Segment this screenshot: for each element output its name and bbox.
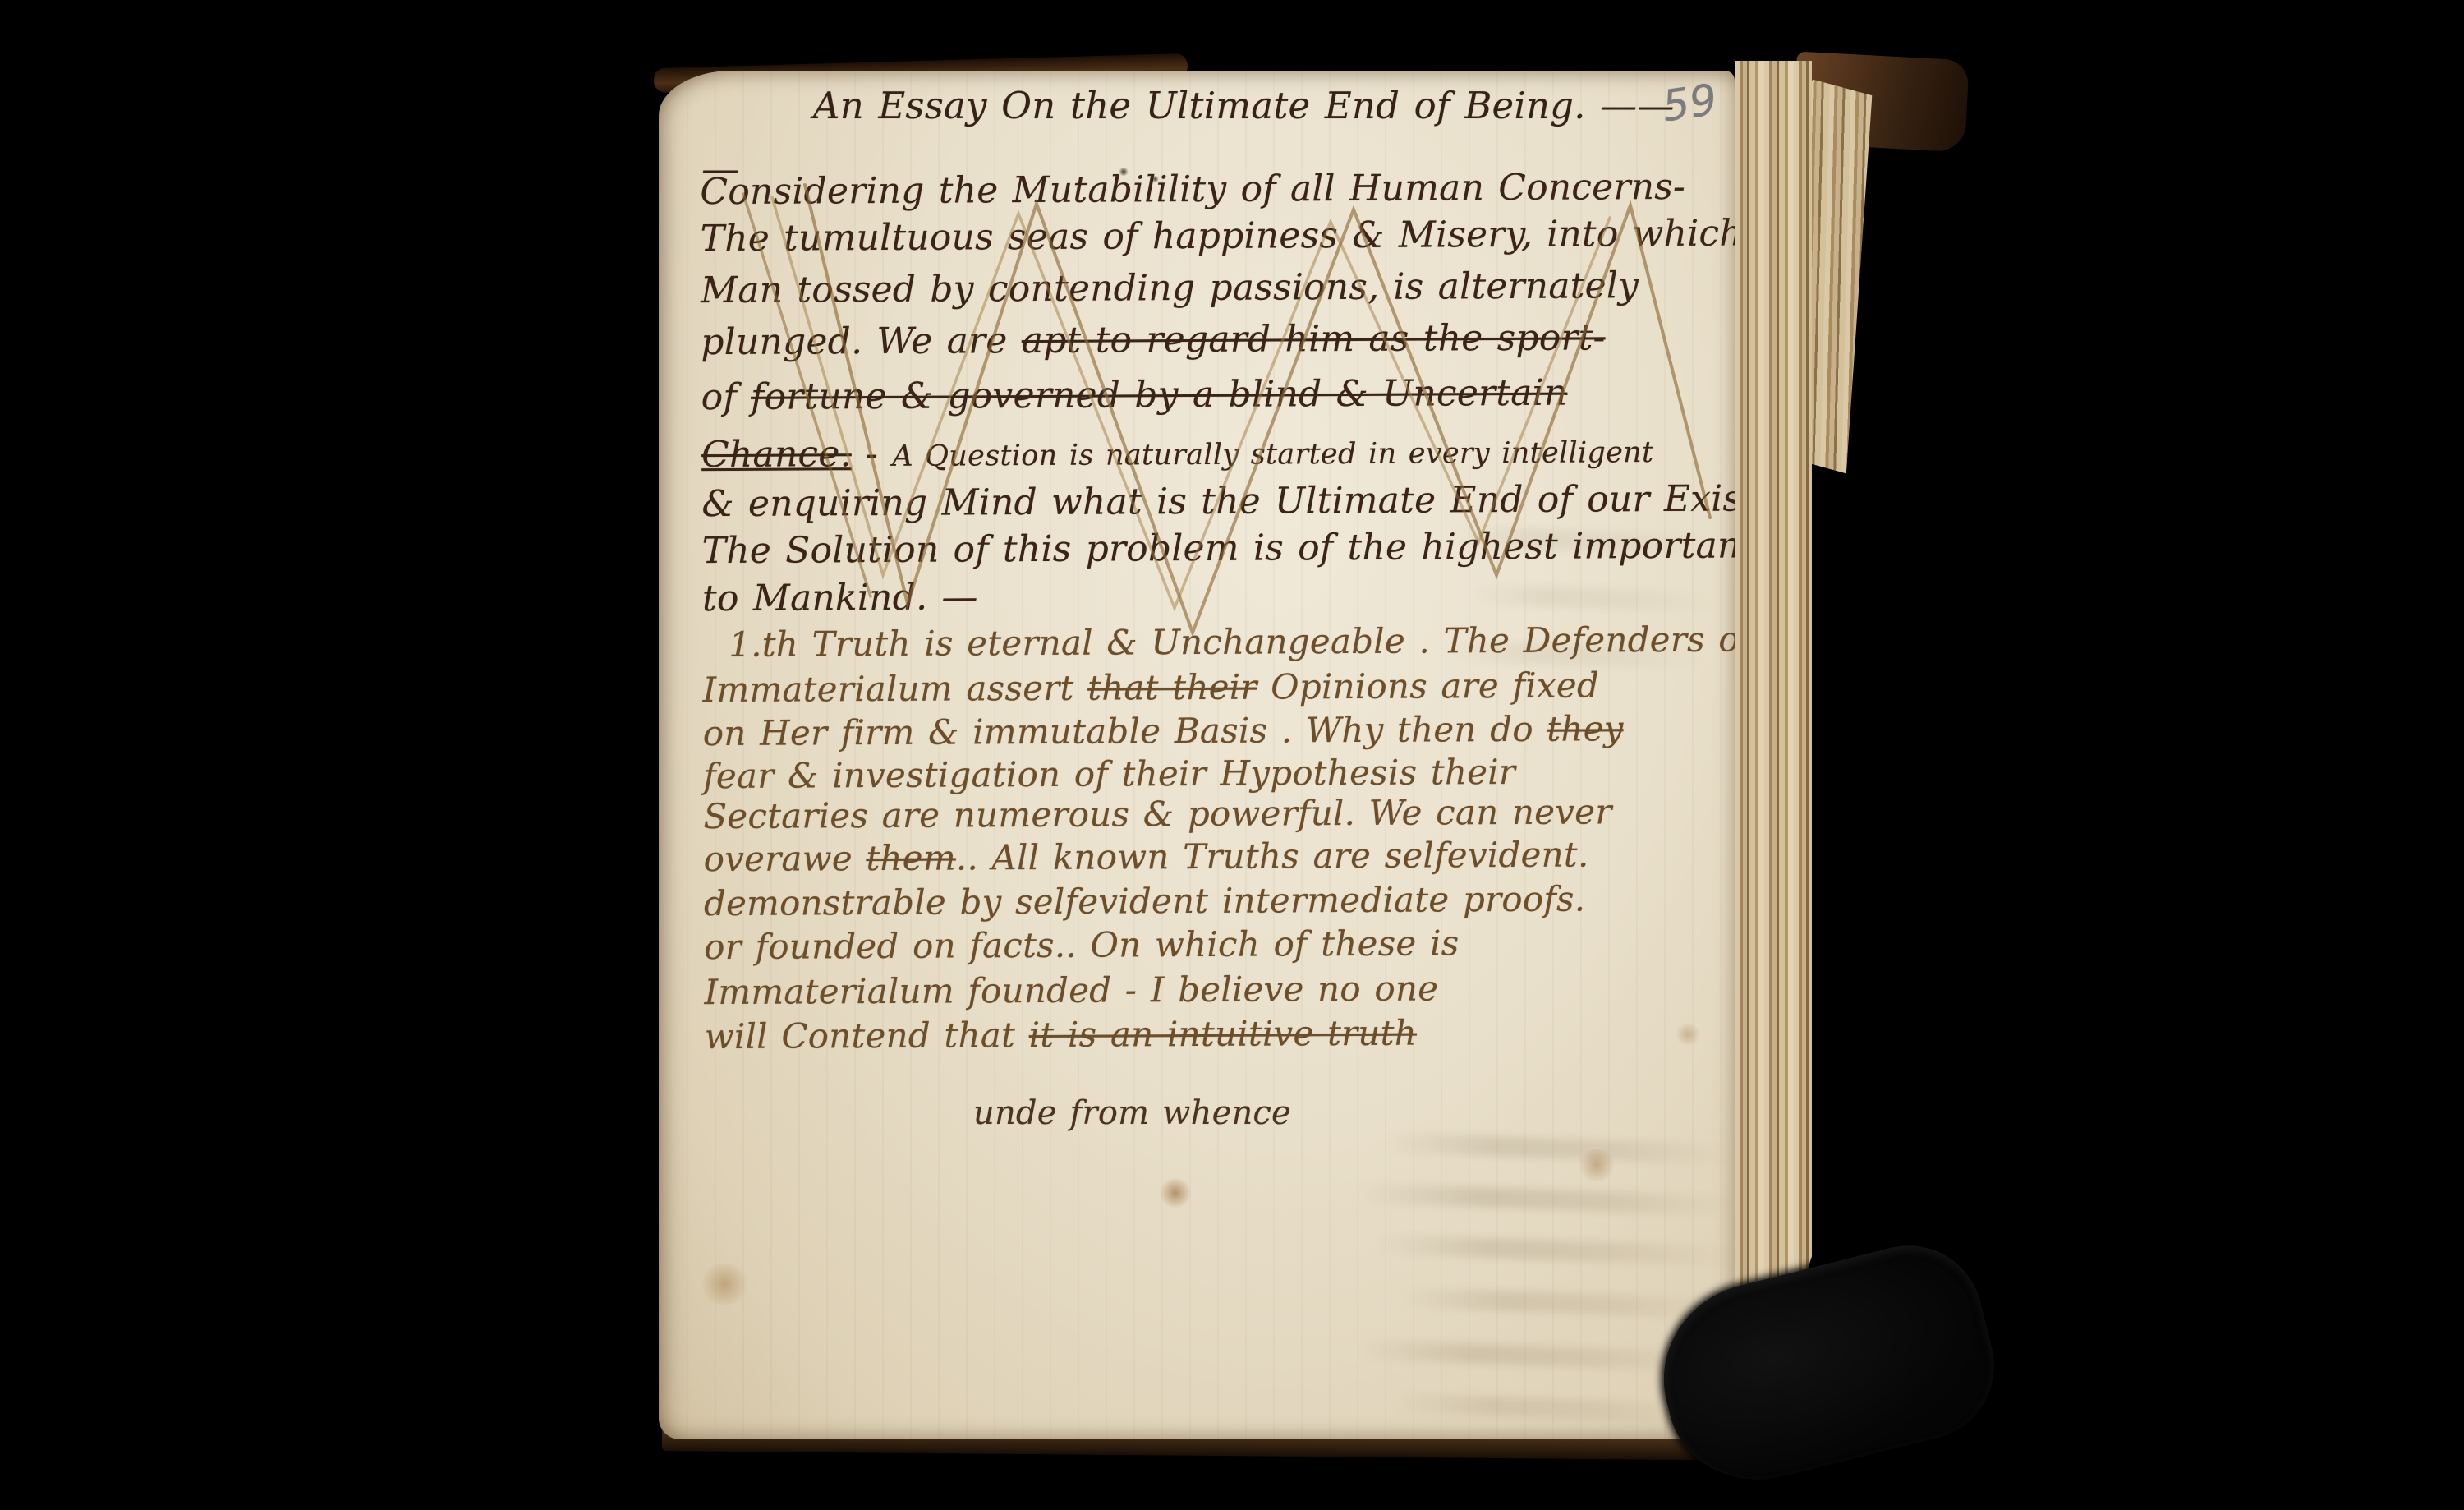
book-fore-edge (1735, 61, 1812, 1451)
text-layer: Considering the Mutabilility of all Huma… (659, 71, 1735, 1439)
manuscript-text-segment: fear & investigation of their Hypothesis… (703, 752, 1515, 796)
manuscript-line: The tumultuous seas of happiness & Miser… (701, 213, 1735, 260)
manuscript-line: Immaterialum assert that their Opinions … (702, 665, 1599, 710)
manuscript-line: 1.th Truth is eternal & Unchangeable . T… (729, 619, 1735, 665)
manuscript-line: to Mankind. — (702, 576, 978, 619)
manuscript-text-segment: Considering the Mutabilility of all Huma… (700, 166, 1685, 213)
manuscript-line: The Solution of this problem is of the h… (702, 524, 1735, 572)
manuscript-text-segment: overawe (704, 838, 867, 879)
manuscript-text-segment: they (1547, 708, 1624, 748)
manuscript-line: Sectaries are numerous & powerful. We ca… (703, 791, 1611, 836)
manuscript-text-segment: .. All known Truths are selfevident. (956, 835, 1589, 878)
manuscript-line: & enquiring Mind what is the Ultimate En… (701, 477, 1735, 525)
manuscript-line: demonstrable by selfevident intermediate… (704, 879, 1586, 924)
manuscript-text-segment: The tumultuous seas of happiness & Miser… (701, 213, 1735, 260)
manuscript-text-segment: & enquiring Mind what is the Ultimate En… (701, 477, 1735, 525)
manuscript-text-segment: Immaterialum founded - I believe no one (704, 968, 1438, 1012)
manuscript-line: Chance. - A Question is naturally starte… (701, 429, 1653, 476)
manuscript-line: or founded on facts.. On which of these … (704, 923, 1459, 967)
manuscript-text-segment: plunged. We are (701, 320, 1022, 363)
catchword: unde from whence (973, 1094, 1291, 1132)
manuscript-text-segment: Immaterialum assert (702, 668, 1087, 710)
manuscript-text-segment: Opinions are fixed (1257, 665, 1599, 707)
manuscript-line: fear & investigation of their Hypothesis… (703, 752, 1515, 796)
photo-backdrop: 59 An Essay On the Ultimate End of Being… (0, 0, 2464, 1510)
manuscript-text-segment: Chance. (701, 433, 852, 476)
manuscript-line: Immaterialum founded - I believe no one (704, 968, 1438, 1012)
manuscript-text-segment: them (866, 838, 956, 879)
manuscript-text-segment: or founded on facts.. On which of these … (704, 923, 1459, 967)
manuscript-text-segment: it is an intuitive truth (1029, 1013, 1418, 1055)
manuscript-text-segment: apt to regard him as the sport- (1022, 316, 1606, 361)
manuscript-line: will Contend that it is an intuitive tru… (705, 1013, 1417, 1057)
manuscript-text-segment: demonstrable by selfevident intermediate… (704, 879, 1586, 924)
manuscript-text-segment: will Contend that (705, 1015, 1029, 1057)
manuscript-text-segment: - (852, 433, 893, 475)
manuscript-line: overawe them.. All known Truths are self… (704, 835, 1589, 880)
manuscript-text-segment: that their (1087, 667, 1257, 708)
manuscript-text-segment: A Question is naturally started in every… (892, 435, 1653, 473)
manuscript-text-segment: Sectaries are numerous & powerful. We ca… (703, 791, 1611, 836)
manuscript-line: Man tossed by contending passions, is al… (701, 265, 1639, 311)
manuscript-text-segment: on Her firm & immutable Basis . Why then… (703, 709, 1547, 753)
manuscript-line: plunged. We are apt to regard him as the… (701, 316, 1606, 363)
manuscript-text-segment: to Mankind. — (702, 576, 978, 619)
manuscript-line: Considering the Mutabilility of all Huma… (700, 166, 1685, 213)
manuscript-text-segment: Man tossed by contending passions, is al… (701, 265, 1639, 311)
manuscript-page: 59 An Essay On the Ultimate End of Being… (659, 71, 1735, 1439)
manuscript-line: of fortune & governed by a blind & Uncer… (701, 372, 1568, 419)
manuscript-text-segment: The Solution of this problem is of the h… (702, 524, 1735, 572)
manuscript-text-segment: of (701, 376, 752, 418)
manuscript-text-segment: fortune & governed by a blind & Uncertai… (751, 372, 1568, 418)
manuscript-line: on Her firm & immutable Basis . Why then… (703, 708, 1624, 753)
manuscript-text-segment: 1.th Truth is eternal & Unchangeable . T… (729, 619, 1735, 665)
